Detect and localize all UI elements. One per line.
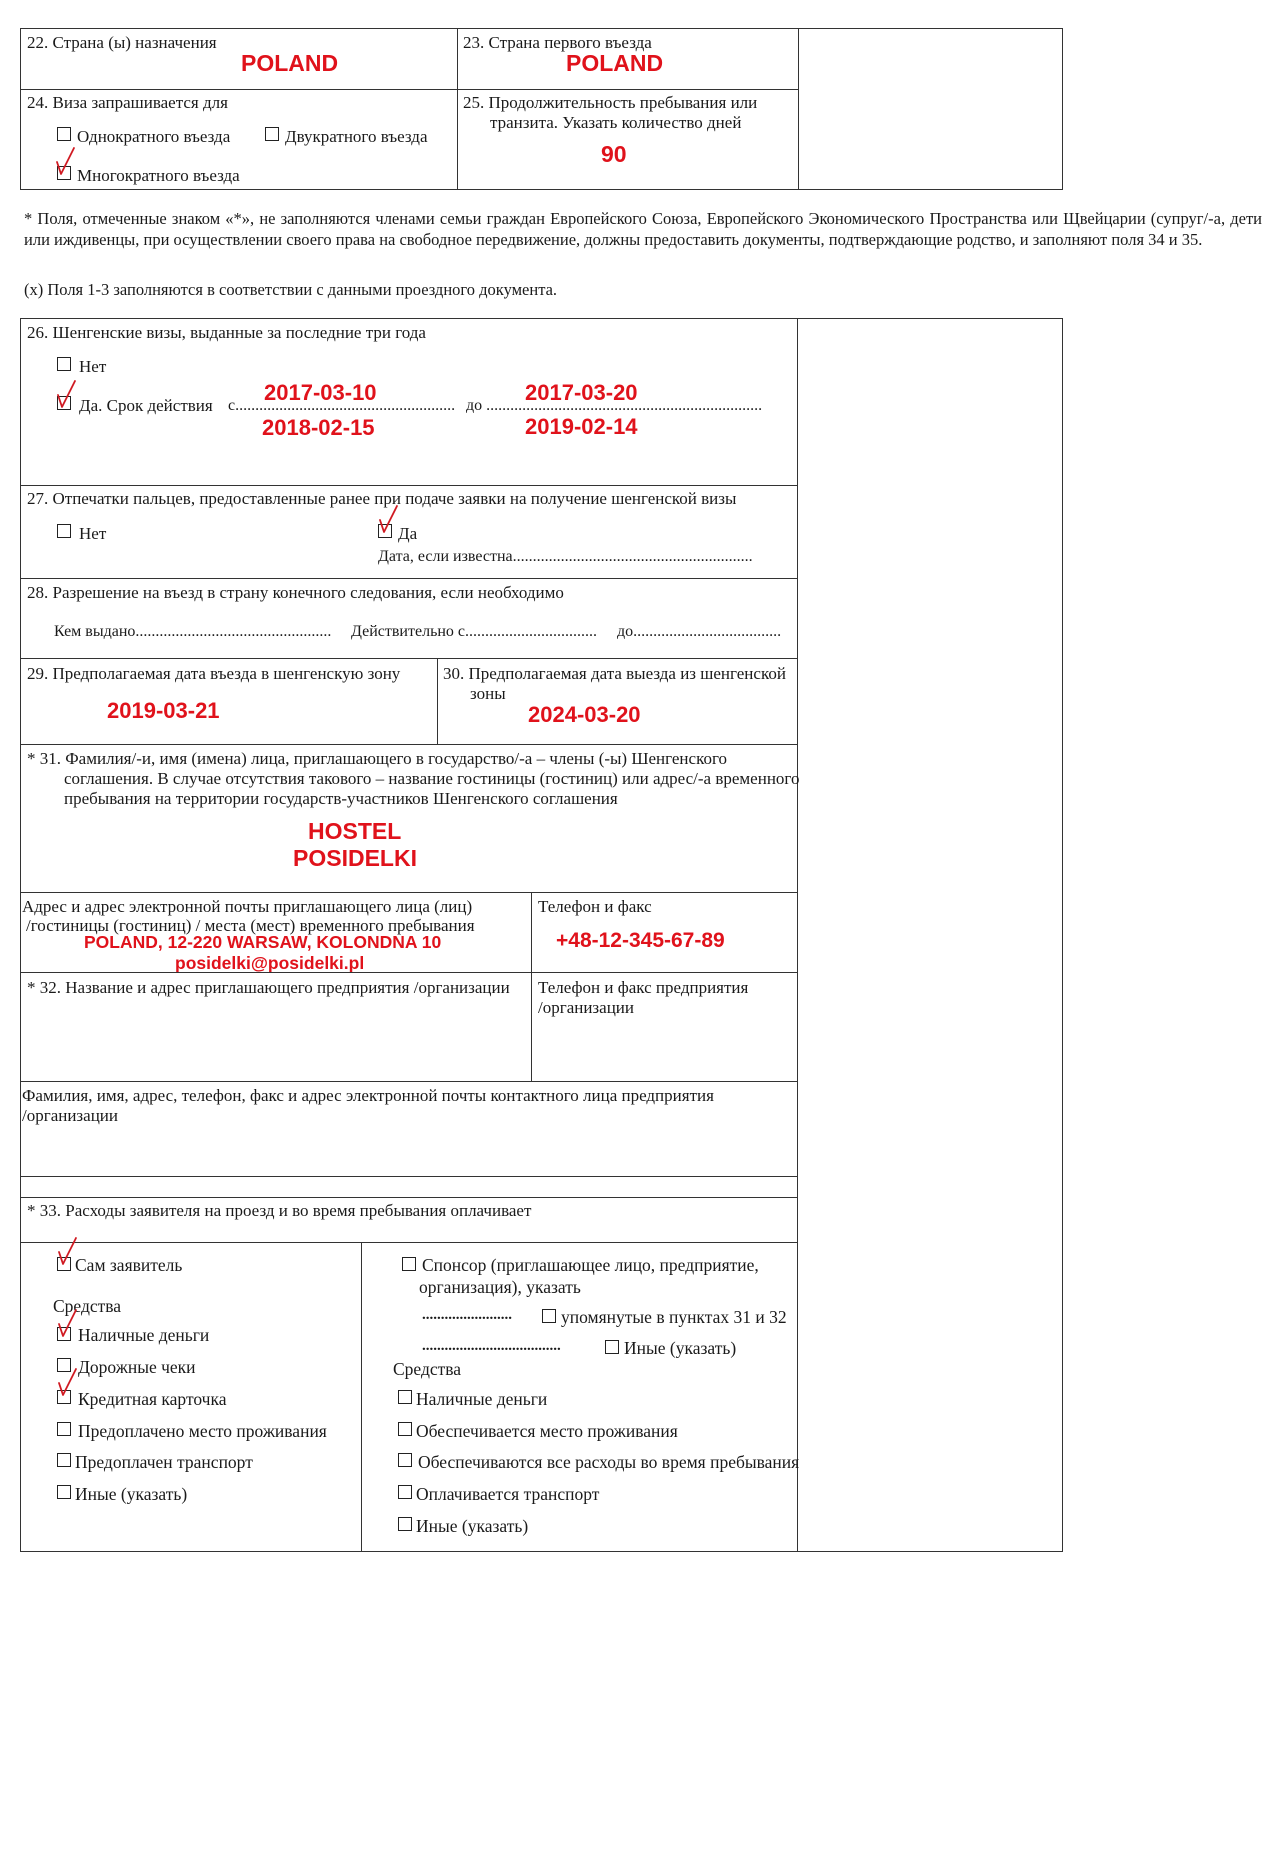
field-26-yes-label: Да. Срок действия xyxy=(79,395,213,417)
divider xyxy=(437,658,438,744)
sponsor-mentioned-label: упомянутые в пунктах 31 и 32 xyxy=(561,1306,787,1328)
divider xyxy=(457,28,458,190)
checkbox-single-entry[interactable] xyxy=(57,127,71,141)
checkbox-self-travellers-cheques[interactable] xyxy=(57,1358,71,1372)
field-24-label: 24. Виза запрашивается для xyxy=(27,92,228,114)
field-26-label: 26. Шенгенские визы, выданные за последн… xyxy=(27,322,426,344)
checkbox-sponsor-other[interactable] xyxy=(605,1340,619,1354)
phone-label: Телефон и факс xyxy=(538,896,652,918)
checkbox-self-prepaid-transport[interactable] xyxy=(57,1453,71,1467)
divider xyxy=(20,972,798,973)
checkbox-multiple-entry[interactable] xyxy=(57,166,71,180)
address-value: POLAND, 12-220 WARSAW, KOLONDNA 10 xyxy=(84,932,441,953)
field-26-no-label: Нет xyxy=(79,356,106,378)
field-27-yes-label: Да xyxy=(398,523,417,545)
self-travellers-cheques-label: Дорожные чеки xyxy=(78,1356,196,1378)
checkbox-27-no[interactable] xyxy=(57,524,71,538)
field-28-label: 28. Разрешение на въезд в страну конечно… xyxy=(27,582,564,604)
right-column-divider xyxy=(797,318,798,1552)
checkbox-sponsor-all-costs[interactable] xyxy=(398,1453,412,1467)
field-32-contact-label-line2: /организации xyxy=(22,1105,118,1127)
sponsor-dots-1[interactable]: ........................ xyxy=(422,1304,512,1326)
divider xyxy=(20,578,798,579)
field-30-value: 2024-03-20 xyxy=(528,702,641,728)
field-31-label-line1: * 31. Фамилия/-и, имя (имена) лица, приг… xyxy=(27,748,727,770)
checkbox-sponsor-mentioned[interactable] xyxy=(542,1309,556,1323)
field-25-label-line2: транзита. Указать количество дней xyxy=(490,112,741,134)
checkbox-double-entry[interactable] xyxy=(265,127,279,141)
self-prepaid-accommodation-label: Предоплачено место проживания xyxy=(78,1420,327,1442)
sponsor-means-label: Средства xyxy=(393,1358,461,1380)
sponsor-other-label: Иные (указать) xyxy=(624,1337,736,1359)
field-28-valid-from[interactable]: Действительно с.........................… xyxy=(351,621,597,643)
divider xyxy=(20,1242,798,1243)
checkbox-sponsor-transport[interactable] xyxy=(398,1485,412,1499)
sponsor-transport-label: Оплачивается транспорт xyxy=(416,1483,599,1505)
self-other-label: Иные (указать) xyxy=(75,1483,187,1505)
sponsor-label-line1: Спонсор (приглашающее лицо, предприятие, xyxy=(422,1254,759,1276)
option-multiple-entry-label: Многократного въезда xyxy=(77,165,240,187)
sponsor-label-line2: организация), указать xyxy=(419,1276,581,1298)
self-means-label: Средства xyxy=(53,1295,121,1317)
field-30-label-line1: 30. Предполагаемая дата выезда из шенген… xyxy=(443,663,786,685)
asterisk-note: * Поля, отмеченные знаком «*», не заполн… xyxy=(24,208,1262,250)
divider xyxy=(798,28,799,190)
field-32-label: * 32. Название и адрес приглашающего пре… xyxy=(27,977,510,999)
field-27-label: 27. Отпечатки пальцев, предоставленные р… xyxy=(27,488,736,510)
divider xyxy=(361,1242,362,1552)
checkbox-self-cash[interactable] xyxy=(57,1327,71,1341)
checkbox-self-prepaid-accommodation[interactable] xyxy=(57,1422,71,1436)
field-29-value: 2019-03-21 xyxy=(107,698,220,724)
field-22-label: 22. Страна (ы) назначения xyxy=(27,32,217,54)
field-30-label-line2: зоны xyxy=(470,683,506,705)
field-33-label: * 33. Расходы заявителя на проезд и во в… xyxy=(27,1200,531,1222)
divider xyxy=(20,89,799,90)
field-32-contact-label-line1: Фамилия, имя, адрес, телефон, факс и адр… xyxy=(22,1085,714,1107)
field-27-date-label[interactable]: Дата, если известна.....................… xyxy=(378,546,753,568)
checkbox-self-credit-card[interactable] xyxy=(57,1390,71,1404)
visa-1-from: 2017-03-10 xyxy=(264,380,377,406)
checkbox-sponsor-cash[interactable] xyxy=(398,1390,412,1404)
field-31-value-line1: HOSTEL xyxy=(308,818,401,845)
self-cash-label: Наличные деньги xyxy=(78,1324,209,1346)
field-31-value-line2: POSIDELKI xyxy=(293,845,417,872)
field-25-label-line1: 25. Продолжительность пребывания или xyxy=(463,92,757,114)
visa-2-to: 2019-02-14 xyxy=(525,414,638,440)
sponsor-accommodation-label: Обеспечивается место проживания xyxy=(416,1420,678,1442)
x-note: (x) Поля 1-3 заполняются в соответствии … xyxy=(24,279,557,301)
sponsor-cash-label: Наличные деньги xyxy=(416,1388,547,1410)
divider xyxy=(20,658,798,659)
checkbox-26-yes[interactable] xyxy=(57,396,71,410)
sponsor-other-means-label: Иные (указать) xyxy=(416,1515,528,1537)
option-double-entry-label: Двукратного въезда xyxy=(285,126,427,148)
checkbox-self-other[interactable] xyxy=(57,1485,71,1499)
divider xyxy=(20,892,798,893)
self-payer-label: Сам заявитель xyxy=(75,1254,182,1276)
email-value: posidelki@posidelki.pl xyxy=(175,953,364,974)
field-23-value: POLAND xyxy=(566,50,663,77)
checkbox-self-payer[interactable] xyxy=(57,1257,71,1271)
self-prepaid-transport-label: Предоплачен транспорт xyxy=(75,1451,253,1473)
field-25-value: 90 xyxy=(601,141,627,168)
divider xyxy=(20,485,798,486)
field-32-phone-label-line2: /организации xyxy=(538,997,634,1019)
divider xyxy=(20,744,798,745)
field-27-no-label: Нет xyxy=(79,523,106,545)
option-single-entry-label: Однократного въезда xyxy=(77,126,230,148)
visa-2-from: 2018-02-15 xyxy=(262,415,375,441)
checkbox-sponsor-other-means[interactable] xyxy=(398,1517,412,1531)
checkbox-27-yes[interactable] xyxy=(378,524,392,538)
field-28-valid-to[interactable]: до..................................... xyxy=(617,621,781,643)
divider xyxy=(20,1081,798,1082)
field-31-label-line2: соглашения. В случае отсутствия такового… xyxy=(64,768,799,790)
phone-value: +48-12-345-67-89 xyxy=(556,929,725,953)
sponsor-all-costs-label: Обеспечиваются все расходы во время преб… xyxy=(418,1451,799,1473)
divider xyxy=(20,1176,798,1177)
self-credit-card-label: Кредитная карточка xyxy=(78,1388,226,1410)
divider xyxy=(531,892,532,1081)
visa-1-to: 2017-03-20 xyxy=(525,380,638,406)
checkbox-26-no[interactable] xyxy=(57,357,71,371)
checkbox-sponsor-accommodation[interactable] xyxy=(398,1422,412,1436)
field-31-label-line3: пребывания на территории государств-учас… xyxy=(64,788,618,810)
field-32-phone-label-line1: Телефон и факс предприятия xyxy=(538,977,748,999)
sponsor-dots-2[interactable]: ..................................... xyxy=(422,1335,561,1357)
checkbox-sponsor[interactable] xyxy=(402,1257,416,1271)
field-22-value: POLAND xyxy=(241,50,338,77)
field-28-issued-by[interactable]: Кем выдано..............................… xyxy=(54,621,331,643)
field-29-label: 29. Предполагаемая дата въезда в шенгенс… xyxy=(27,663,400,685)
divider xyxy=(20,1197,798,1198)
